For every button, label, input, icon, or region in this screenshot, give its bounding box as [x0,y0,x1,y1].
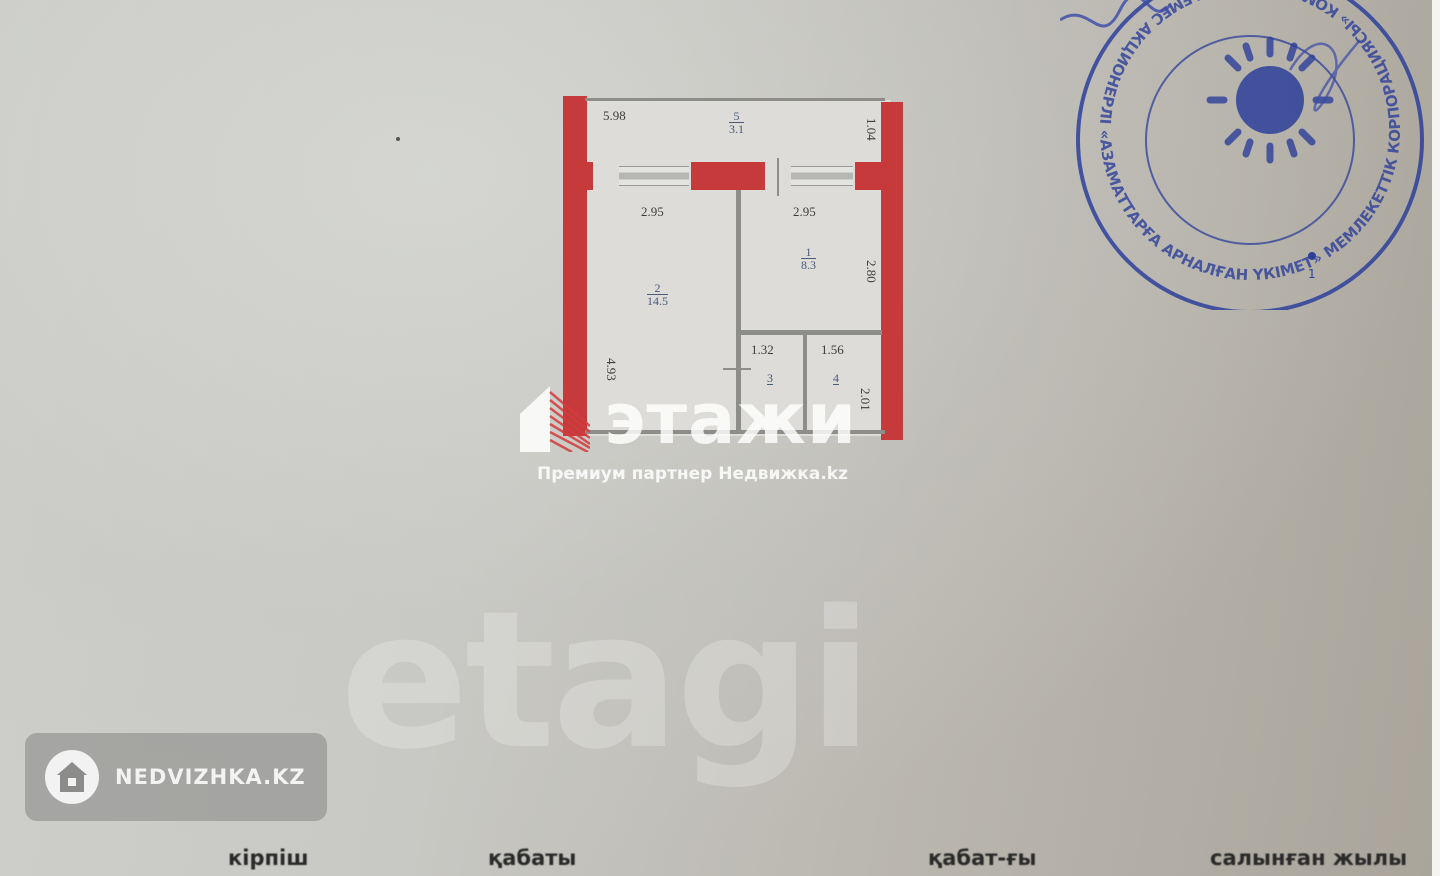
doc-label-material: кірпіш [228,846,309,870]
etazhi-brand-text: этажи [604,386,857,452]
room-5-label: 53.1 [729,110,744,135]
speck [396,137,400,141]
wall-left [563,96,587,436]
doc-label-floors-count: қабат-ғы [928,846,1037,870]
window [619,166,689,186]
etagi-large-watermark: etagi [340,570,869,791]
dim-2-width: 2.95 [641,204,664,220]
dim-5-width: 5.98 [603,108,626,124]
building-logo-icon [520,386,590,452]
dim-1-depth: 2.80 [863,260,879,283]
dim-4-depth: 2.01 [857,388,873,411]
official-seal-stamp: «АЗАМАТТАРҒА АРНАЛҒАН ҮКІМЕТ» МЕМЛЕКЕТТІ… [1060,0,1432,310]
etazhi-watermark: этажи [520,386,857,452]
dim-4-width: 1.56 [821,342,844,358]
watermark-tagline: Премиум партнер Недвижка.kz [537,464,848,484]
document-photo: 5.98 53.1 1.04 2.95 214.5 4.93 2.95 18.3… [0,0,1432,876]
house-icon [45,750,99,804]
wall-right [881,102,903,440]
nedvizhka-badge[interactable]: NEDVIZHKA.KZ [25,733,327,821]
dim-5-depth: 1.04 [863,118,879,141]
dim-1-width: 2.95 [793,204,816,220]
edge-strip [1432,0,1440,876]
room-1-label: 18.3 [801,246,816,271]
window [791,166,853,186]
doc-label-floor: қабаты [488,846,576,870]
stamp-mark: 1 [1308,267,1316,281]
badge-label: NEDVIZHKA.KZ [115,765,306,789]
dim-3-width: 1.32 [751,342,774,358]
room-2-label: 214.5 [647,282,668,307]
doc-label-year-built: салынған жылы [1210,846,1407,870]
